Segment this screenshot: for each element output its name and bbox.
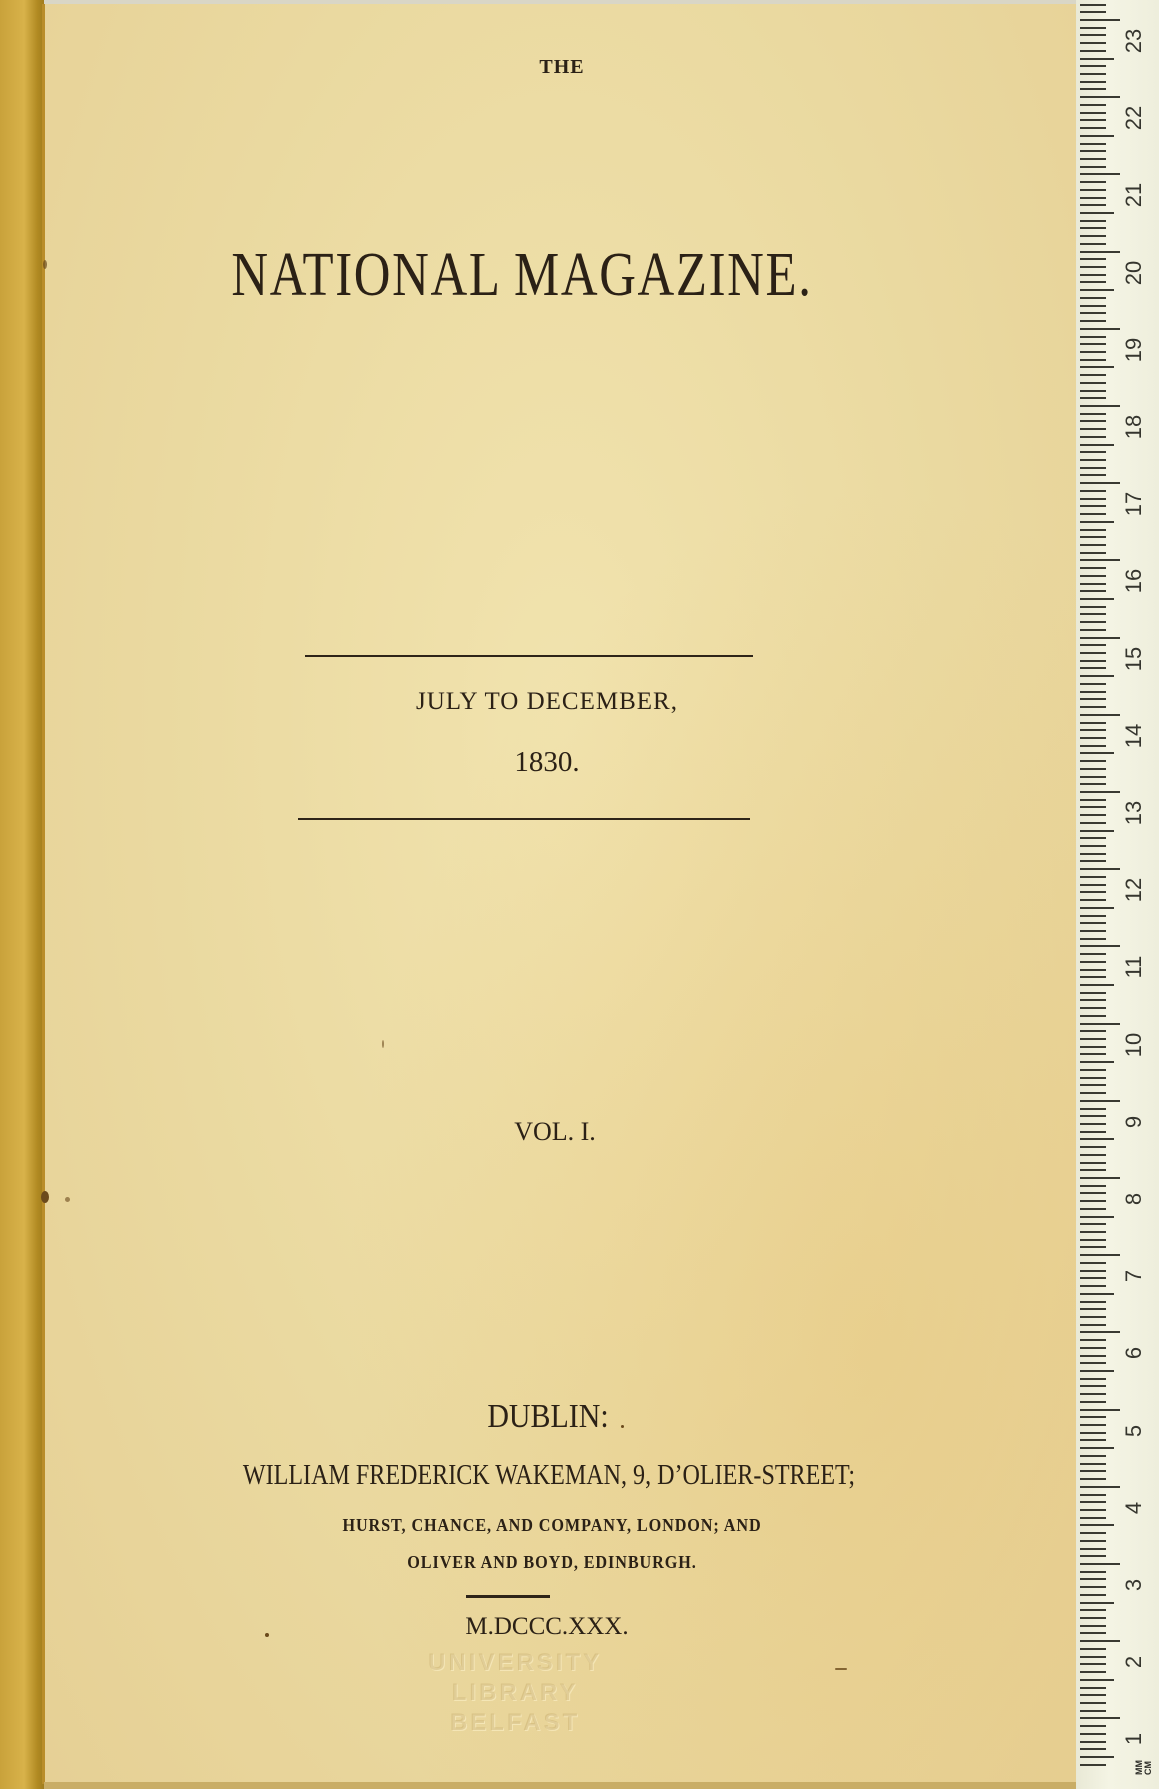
ruler-cm-label: 12 bbox=[1119, 870, 1149, 910]
imprint-city: DUBLIN: bbox=[93, 1398, 1003, 1436]
stamp-line: LIBRARY bbox=[370, 1678, 660, 1708]
ruler-tick bbox=[1080, 853, 1106, 855]
ruler-tick bbox=[1080, 637, 1120, 639]
imprint-roman-year: M.DCCC.XXX. bbox=[30, 1613, 1064, 1641]
ruler-tick bbox=[1080, 1494, 1106, 1496]
ruler-tick bbox=[1080, 482, 1120, 484]
ruler-tick bbox=[1080, 351, 1106, 353]
ruler-cm-label: 10 bbox=[1119, 1025, 1149, 1065]
ruler-tick bbox=[1080, 691, 1106, 693]
ruler-tick bbox=[1080, 953, 1106, 955]
ruler-tick bbox=[1080, 1200, 1106, 1202]
ruler-tick bbox=[1080, 598, 1114, 600]
ruler-tick bbox=[1080, 1671, 1106, 1673]
ruler-tick bbox=[1080, 1069, 1106, 1071]
ruler-tick bbox=[1080, 1185, 1106, 1187]
ruler-tick bbox=[1080, 945, 1120, 947]
ruler-cm-label: 5 bbox=[1119, 1411, 1149, 1451]
ruler-tick bbox=[1080, 405, 1120, 407]
ruler-tick bbox=[1080, 1710, 1106, 1712]
ruler-tick bbox=[1080, 768, 1106, 770]
ruler-tick bbox=[1080, 629, 1106, 631]
ruler-tick bbox=[1080, 505, 1106, 507]
ruler-tick bbox=[1080, 1077, 1106, 1079]
ruler-tick bbox=[1080, 1092, 1106, 1094]
ruler-tick bbox=[1080, 752, 1114, 754]
ruler-tick bbox=[1080, 737, 1106, 739]
ruler-tick bbox=[1080, 660, 1106, 662]
ruler-tick bbox=[1080, 1640, 1120, 1642]
ruler-tick bbox=[1080, 88, 1106, 90]
ruler-tick bbox=[1080, 1385, 1106, 1387]
ruler-tick bbox=[1080, 714, 1120, 716]
ruler-tick bbox=[1080, 119, 1106, 121]
ruler-tick bbox=[1080, 513, 1106, 515]
ruler-tick bbox=[1080, 1162, 1106, 1164]
ruler-tick bbox=[1080, 374, 1106, 376]
ruler-tick bbox=[1080, 281, 1106, 283]
ruler-tick bbox=[1080, 907, 1114, 909]
ruler-tick bbox=[1080, 1517, 1106, 1519]
publication-year: 1830. bbox=[30, 746, 1064, 779]
foxing-spot bbox=[382, 1040, 384, 1048]
ruler-tick bbox=[1080, 197, 1106, 199]
ruler-tick bbox=[1080, 58, 1114, 60]
ruler-tick bbox=[1080, 1401, 1106, 1403]
ruler-cm-label: 15 bbox=[1119, 639, 1149, 679]
ruler-tick bbox=[1080, 305, 1106, 307]
ruler-cm-label: 1 bbox=[1119, 1719, 1149, 1759]
ruler-tick bbox=[1080, 474, 1106, 476]
ruler-tick bbox=[1080, 420, 1106, 422]
ruler-tick bbox=[1080, 1285, 1106, 1287]
ruler-tick bbox=[1080, 1548, 1106, 1550]
ruler-tick bbox=[1080, 1702, 1106, 1704]
ruler-tick bbox=[1080, 1370, 1114, 1372]
ruler-cm-label: 4 bbox=[1119, 1488, 1149, 1528]
ruler-tick bbox=[1080, 390, 1106, 392]
ruler-tick bbox=[1080, 1602, 1114, 1604]
ruler-tick bbox=[1080, 1632, 1106, 1634]
ruler-tick bbox=[1080, 50, 1106, 52]
ruler-tick bbox=[1080, 173, 1120, 175]
ruler-tick bbox=[1080, 1748, 1106, 1750]
ruler-cm-label: 7 bbox=[1119, 1256, 1149, 1296]
ruler-tick bbox=[1080, 976, 1106, 978]
ruler-cm-label: 2 bbox=[1119, 1642, 1149, 1682]
ruler-tick bbox=[1080, 806, 1106, 808]
ruler-tick bbox=[1080, 544, 1106, 546]
ruler-tick bbox=[1080, 938, 1106, 940]
ruler-tick bbox=[1080, 212, 1114, 214]
ruler-tick bbox=[1080, 729, 1106, 731]
foxing-spot bbox=[41, 1191, 49, 1203]
ruler-tick bbox=[1080, 1687, 1106, 1689]
ruler-tick bbox=[1080, 1023, 1120, 1025]
ruler-tick bbox=[1080, 1108, 1106, 1110]
ruler-tick bbox=[1080, 876, 1106, 878]
ruler-tick bbox=[1080, 274, 1106, 276]
ruler-tick bbox=[1080, 227, 1106, 229]
ruler-tick bbox=[1080, 96, 1120, 98]
publication-period: JULY TO DECEMBER, bbox=[30, 688, 1064, 716]
ruler-tick bbox=[1080, 1764, 1106, 1766]
ruler-tick bbox=[1080, 320, 1106, 322]
ruler-tick bbox=[1080, 1216, 1114, 1218]
ruler-tick bbox=[1080, 336, 1106, 338]
ruler-tick bbox=[1080, 220, 1106, 222]
ruler-tick bbox=[1080, 428, 1106, 430]
ruler-tick bbox=[1080, 891, 1106, 893]
ruler-tick bbox=[1080, 150, 1106, 152]
ruler-tick bbox=[1080, 1501, 1106, 1503]
ruler-tick bbox=[1080, 1169, 1106, 1171]
ruler-tick bbox=[1080, 1239, 1106, 1241]
ruler-tick bbox=[1080, 204, 1106, 206]
ruler-tick bbox=[1080, 1393, 1106, 1395]
ruler-tick bbox=[1080, 1324, 1106, 1326]
volume-number: VOL. I. bbox=[38, 1117, 1072, 1147]
ruler-tick bbox=[1080, 127, 1106, 129]
ruler-tick bbox=[1080, 837, 1106, 839]
foxing-spot bbox=[621, 1425, 624, 1428]
ruler-cm-label: 6 bbox=[1119, 1333, 1149, 1373]
foxing-spot bbox=[65, 1197, 70, 1202]
ruler-tick bbox=[1080, 760, 1106, 762]
ruler-tick bbox=[1080, 1308, 1106, 1310]
ruler-tick bbox=[1080, 1339, 1106, 1341]
ruler-tick bbox=[1080, 1741, 1106, 1743]
ruler-tick bbox=[1080, 1578, 1106, 1580]
ruler-tick bbox=[1080, 1301, 1106, 1303]
ruler-tick bbox=[1080, 1586, 1106, 1588]
ruler-tick bbox=[1080, 1378, 1106, 1380]
ruler-tick bbox=[1080, 266, 1106, 268]
ruler-tick bbox=[1080, 459, 1106, 461]
ruler-tick bbox=[1080, 922, 1106, 924]
ruler-tick bbox=[1080, 961, 1106, 963]
ruler-cm-label: 20 bbox=[1119, 253, 1149, 293]
ruler-cm-label: 11 bbox=[1119, 947, 1149, 987]
ruler-tick bbox=[1080, 112, 1106, 114]
divider-rule-top bbox=[305, 655, 753, 657]
ruler-tick bbox=[1080, 621, 1106, 623]
ruler-tick bbox=[1080, 567, 1106, 569]
ruler-tick bbox=[1080, 652, 1106, 654]
ruler-tick bbox=[1080, 683, 1106, 685]
ruler-tick bbox=[1080, 667, 1106, 669]
ruler-tick bbox=[1080, 884, 1106, 886]
ruler-tick bbox=[1080, 1555, 1106, 1557]
ruler-tick bbox=[1080, 1131, 1106, 1133]
ruler-tick bbox=[1080, 1030, 1106, 1032]
ruler-tick bbox=[1080, 1609, 1106, 1611]
ruler-tick bbox=[1080, 1347, 1106, 1349]
foxing-spot bbox=[43, 260, 47, 269]
ruler-tick bbox=[1080, 467, 1106, 469]
ruler-tick bbox=[1080, 845, 1106, 847]
ruler-cm-label: 19 bbox=[1119, 330, 1149, 370]
foxing-spot bbox=[835, 1668, 847, 1670]
ruler-tick bbox=[1080, 1463, 1106, 1465]
ruler-tick bbox=[1080, 1524, 1114, 1526]
ruler-tick bbox=[1080, 1563, 1120, 1565]
ruler-cm-label: 8 bbox=[1119, 1179, 1149, 1219]
ruler-tick bbox=[1080, 915, 1106, 917]
ruler-tick bbox=[1080, 444, 1114, 446]
ruler-tick bbox=[1080, 1663, 1106, 1665]
ruler-cm-label: 14 bbox=[1119, 716, 1149, 756]
ruler-tick bbox=[1080, 4, 1106, 6]
ruler-cm-label: 22 bbox=[1119, 98, 1149, 138]
ruler-tick bbox=[1080, 1486, 1120, 1488]
ruler-tick bbox=[1080, 436, 1106, 438]
ruler-tick bbox=[1080, 868, 1120, 870]
ruler-tick bbox=[1080, 706, 1106, 708]
ruler-tick bbox=[1080, 536, 1106, 538]
ruler-tick bbox=[1080, 1725, 1106, 1727]
ruler-tick bbox=[1080, 1123, 1106, 1125]
ruler-tick bbox=[1080, 1532, 1106, 1534]
ruler-tick bbox=[1080, 1470, 1106, 1472]
ruler-tick bbox=[1080, 999, 1106, 1001]
ruler-tick bbox=[1080, 559, 1120, 561]
ruler-tick bbox=[1080, 1540, 1106, 1542]
imprint-edinburgh: OLIVER AND BOYD, EDINBURGH. bbox=[87, 1552, 1018, 1573]
ruler-tick bbox=[1080, 189, 1106, 191]
ruler-tick bbox=[1080, 289, 1114, 291]
ruler-tick bbox=[1080, 73, 1106, 75]
ruler-tick bbox=[1080, 498, 1106, 500]
ruler-tick bbox=[1080, 297, 1106, 299]
ruler-tick bbox=[1080, 745, 1106, 747]
ruler-tick bbox=[1080, 590, 1106, 592]
ruler-cm-label: 3 bbox=[1119, 1565, 1149, 1605]
ruler-tick bbox=[1080, 799, 1106, 801]
ruler-tick bbox=[1080, 1571, 1106, 1573]
ruler-tick bbox=[1080, 166, 1106, 168]
ruler-tick bbox=[1080, 19, 1120, 21]
ruler-cm-label: 16 bbox=[1119, 561, 1149, 601]
ruler-tick bbox=[1080, 521, 1114, 523]
divider-rule-bottom bbox=[298, 818, 750, 820]
imprint-publisher: WILLIAM FREDERICK WAKEMAN, 9, D’OLIER-ST… bbox=[104, 1460, 993, 1492]
ruler-cm-label: 17 bbox=[1119, 484, 1149, 524]
ruler-tick bbox=[1080, 1270, 1106, 1272]
ruler-tick bbox=[1080, 1231, 1106, 1233]
ruler-tick bbox=[1080, 992, 1106, 994]
ruler-tick bbox=[1080, 860, 1106, 862]
ruler-tick bbox=[1080, 1053, 1106, 1055]
imprint-rule bbox=[466, 1595, 550, 1598]
ruler-tick bbox=[1080, 1154, 1106, 1156]
ruler-tick bbox=[1080, 413, 1106, 415]
ruler-tick bbox=[1080, 1478, 1106, 1480]
ruler-tick bbox=[1080, 1733, 1106, 1735]
embossed-library-stamp: UNIVERSITY LIBRARY BELFAST bbox=[370, 1648, 660, 1784]
ruler-tick bbox=[1080, 1046, 1106, 1048]
ruler-tick bbox=[1080, 783, 1106, 785]
ruler-tick bbox=[1080, 675, 1114, 677]
ruler-tick bbox=[1080, 1756, 1114, 1758]
title-page: THE NATIONAL MAGAZINE. JULY TO DECEMBER,… bbox=[42, 4, 1076, 1784]
ruler-tick bbox=[1080, 1262, 1106, 1264]
magazine-title: NATIONAL MAGAZINE. bbox=[98, 240, 946, 311]
ruler-tick bbox=[1080, 1246, 1106, 1248]
ruler-tick bbox=[1080, 613, 1106, 615]
ruler-tick bbox=[1080, 397, 1106, 399]
ruler-tick bbox=[1080, 776, 1106, 778]
ruler-tick bbox=[1080, 1138, 1114, 1140]
ruler-tick bbox=[1080, 1509, 1106, 1511]
ruler-tick bbox=[1080, 65, 1106, 67]
ruler-tick bbox=[1080, 258, 1106, 260]
ruler-tick bbox=[1080, 104, 1106, 106]
ruler-tick bbox=[1080, 814, 1106, 816]
ruler-tick bbox=[1080, 1617, 1106, 1619]
ruler-tick bbox=[1080, 583, 1106, 585]
ruler-tick bbox=[1080, 158, 1106, 160]
ruler-tick bbox=[1080, 1331, 1120, 1333]
ruler-tick bbox=[1080, 1409, 1120, 1411]
ruler-tick bbox=[1080, 34, 1106, 36]
ruler-tick bbox=[1080, 1416, 1106, 1418]
ruler-tick bbox=[1080, 1362, 1106, 1364]
ruler-tick bbox=[1080, 984, 1114, 986]
ruler-tick bbox=[1080, 1424, 1106, 1426]
ruler-tick bbox=[1080, 1277, 1106, 1279]
ruler-cm-label: 9 bbox=[1119, 1102, 1149, 1142]
ruler-tick bbox=[1080, 1254, 1120, 1256]
ruler-tick bbox=[1080, 1432, 1106, 1434]
ruler-tick bbox=[1080, 1447, 1114, 1449]
stamp-line: UNIVERSITY bbox=[370, 1648, 660, 1678]
ruler-tick bbox=[1080, 1316, 1106, 1318]
ruler-tick bbox=[1080, 969, 1106, 971]
the-heading: THE bbox=[45, 56, 1079, 79]
ruler-tick bbox=[1080, 382, 1106, 384]
ruler-tick bbox=[1080, 1293, 1114, 1295]
ruler-tick bbox=[1080, 791, 1120, 793]
ruler-tick bbox=[1080, 328, 1120, 330]
ruler-tick bbox=[1080, 1223, 1106, 1225]
ruler-tick bbox=[1080, 243, 1106, 245]
ruler-tick bbox=[1080, 575, 1106, 577]
ruler-tick bbox=[1080, 1177, 1120, 1179]
ruler-tick bbox=[1080, 1015, 1106, 1017]
ruler-tick bbox=[1080, 722, 1106, 724]
ruler-tick bbox=[1080, 1594, 1106, 1596]
ruler-tick bbox=[1080, 529, 1106, 531]
ruler-tick bbox=[1080, 11, 1106, 13]
ruler-tick bbox=[1080, 135, 1114, 137]
ruler-tick bbox=[1080, 81, 1106, 83]
ruler-tick bbox=[1080, 930, 1106, 932]
ruler-tick bbox=[1080, 1455, 1106, 1457]
measurement-ruler: MM CM 1234567891011121314151617181920212… bbox=[1076, 0, 1159, 1789]
ruler-tick bbox=[1080, 1100, 1120, 1102]
ruler-tick bbox=[1080, 698, 1106, 700]
ruler-tick bbox=[1080, 1038, 1106, 1040]
ruler-tick bbox=[1080, 899, 1106, 901]
ruler-tick bbox=[1080, 1355, 1106, 1357]
ruler-tick bbox=[1080, 552, 1106, 554]
ruler-tick bbox=[1080, 366, 1114, 368]
ruler-tick bbox=[1080, 1648, 1106, 1650]
ruler-tick bbox=[1080, 451, 1106, 453]
ruler-tick bbox=[1080, 1115, 1106, 1117]
ruler-tick bbox=[1080, 235, 1106, 237]
book-spine-edge bbox=[0, 0, 44, 1789]
ruler-tick bbox=[1080, 1679, 1114, 1681]
imprint-london: HURST, CHANCE, AND COMPANY, LONDON; AND bbox=[87, 1515, 1018, 1536]
ruler-cm-label: 18 bbox=[1119, 407, 1149, 447]
ruler-tick bbox=[1080, 644, 1106, 646]
foxing-spot bbox=[265, 1633, 269, 1637]
ruler-tick bbox=[1080, 1656, 1106, 1658]
ruler-tick bbox=[1080, 490, 1106, 492]
stamp-line: BELFAST bbox=[370, 1708, 660, 1738]
ruler-tick bbox=[1080, 143, 1106, 145]
ruler-cm-label: 21 bbox=[1119, 175, 1149, 215]
ruler-tick bbox=[1080, 27, 1106, 29]
ruler-tick bbox=[1080, 1192, 1106, 1194]
ruler-cm-label: 13 bbox=[1119, 793, 1149, 833]
ruler-tick bbox=[1080, 1061, 1114, 1063]
ruler-tick bbox=[1080, 830, 1114, 832]
ruler-tick bbox=[1080, 251, 1120, 253]
bottom-edge bbox=[44, 1782, 1078, 1789]
ruler-tick bbox=[1080, 1084, 1106, 1086]
ruler-tick bbox=[1080, 359, 1106, 361]
ruler-tick bbox=[1080, 1694, 1106, 1696]
ruler-tick bbox=[1080, 1007, 1106, 1009]
ruler-tick bbox=[1080, 822, 1106, 824]
ruler-tick bbox=[1080, 181, 1106, 183]
ruler-tick bbox=[1080, 1208, 1106, 1210]
ruler-tick bbox=[1080, 1717, 1120, 1719]
ruler-tick bbox=[1080, 42, 1106, 44]
ruler-tick bbox=[1080, 343, 1106, 345]
ruler-tick bbox=[1080, 606, 1106, 608]
ruler-cm-label: 23 bbox=[1119, 21, 1149, 61]
ruler-tick bbox=[1080, 1625, 1106, 1627]
ruler-tick bbox=[1080, 312, 1106, 314]
ruler-tick bbox=[1080, 1439, 1106, 1441]
ruler-tick bbox=[1080, 1146, 1106, 1148]
